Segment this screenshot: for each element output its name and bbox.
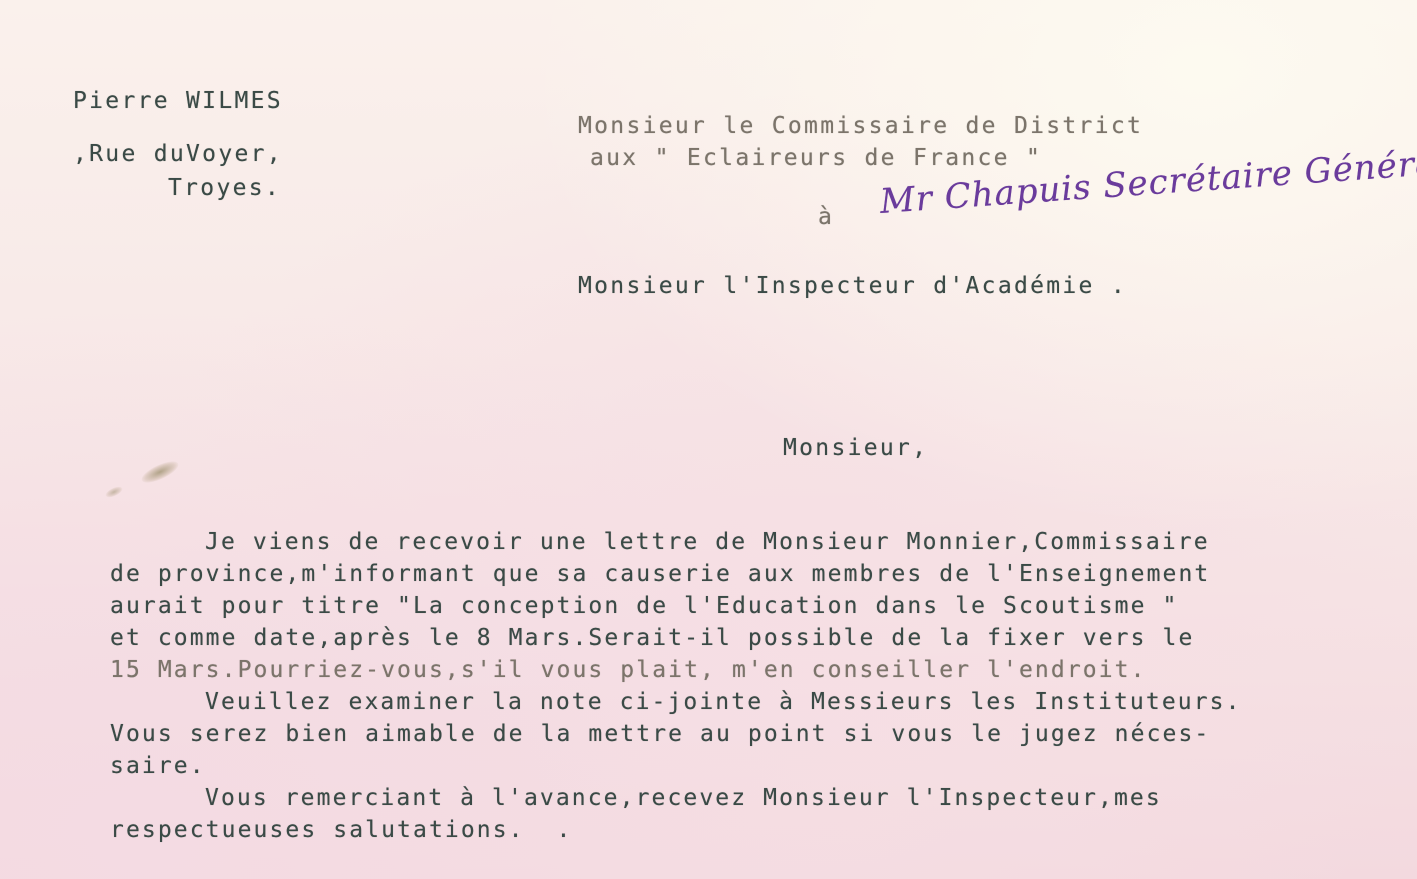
- body-line: Veuillez examiner la note ci-jointe à Me…: [205, 691, 1242, 714]
- body-line: de province,m'informant que sa causerie …: [110, 563, 1210, 586]
- from-title-line2: aux " Eclaireurs de France ": [590, 147, 1042, 170]
- ink-stain-small: [104, 485, 124, 500]
- body-line: 15 Mars.Pourriez-vous,s'il vous plait, m…: [110, 659, 1147, 682]
- sender-city: Troyes.: [168, 177, 281, 200]
- body-line: saire.: [110, 755, 206, 778]
- from-title-line1: Monsieur le Commissaire de District: [578, 115, 1143, 138]
- recipient-line: Monsieur l'Inspecteur d'Académie .: [578, 275, 1127, 298]
- sender-name: Pierre WILMES: [73, 90, 283, 113]
- body-line: et comme date,après le 8 Mars.Serait-il …: [110, 627, 1194, 650]
- body-line: Vous serez bien aimable de la mettre au …: [110, 723, 1210, 746]
- to-preposition: à: [818, 206, 834, 229]
- sender-street: ,Rue duVoyer,: [73, 143, 283, 166]
- body-line: respectueuses salutations. .: [110, 819, 572, 842]
- body-line: Je viens de recevoir une lettre de Monsi…: [205, 531, 1210, 554]
- body-line: aurait pour titre "La conception de l'Ed…: [110, 595, 1178, 618]
- letter-page: Pierre WILMES ,Rue duVoyer, Troyes. Mons…: [0, 0, 1417, 879]
- body-line: Vous remerciant à l'avance,recevez Monsi…: [205, 787, 1162, 810]
- ink-stain: [139, 457, 181, 487]
- salutation: Monsieur,: [783, 437, 928, 460]
